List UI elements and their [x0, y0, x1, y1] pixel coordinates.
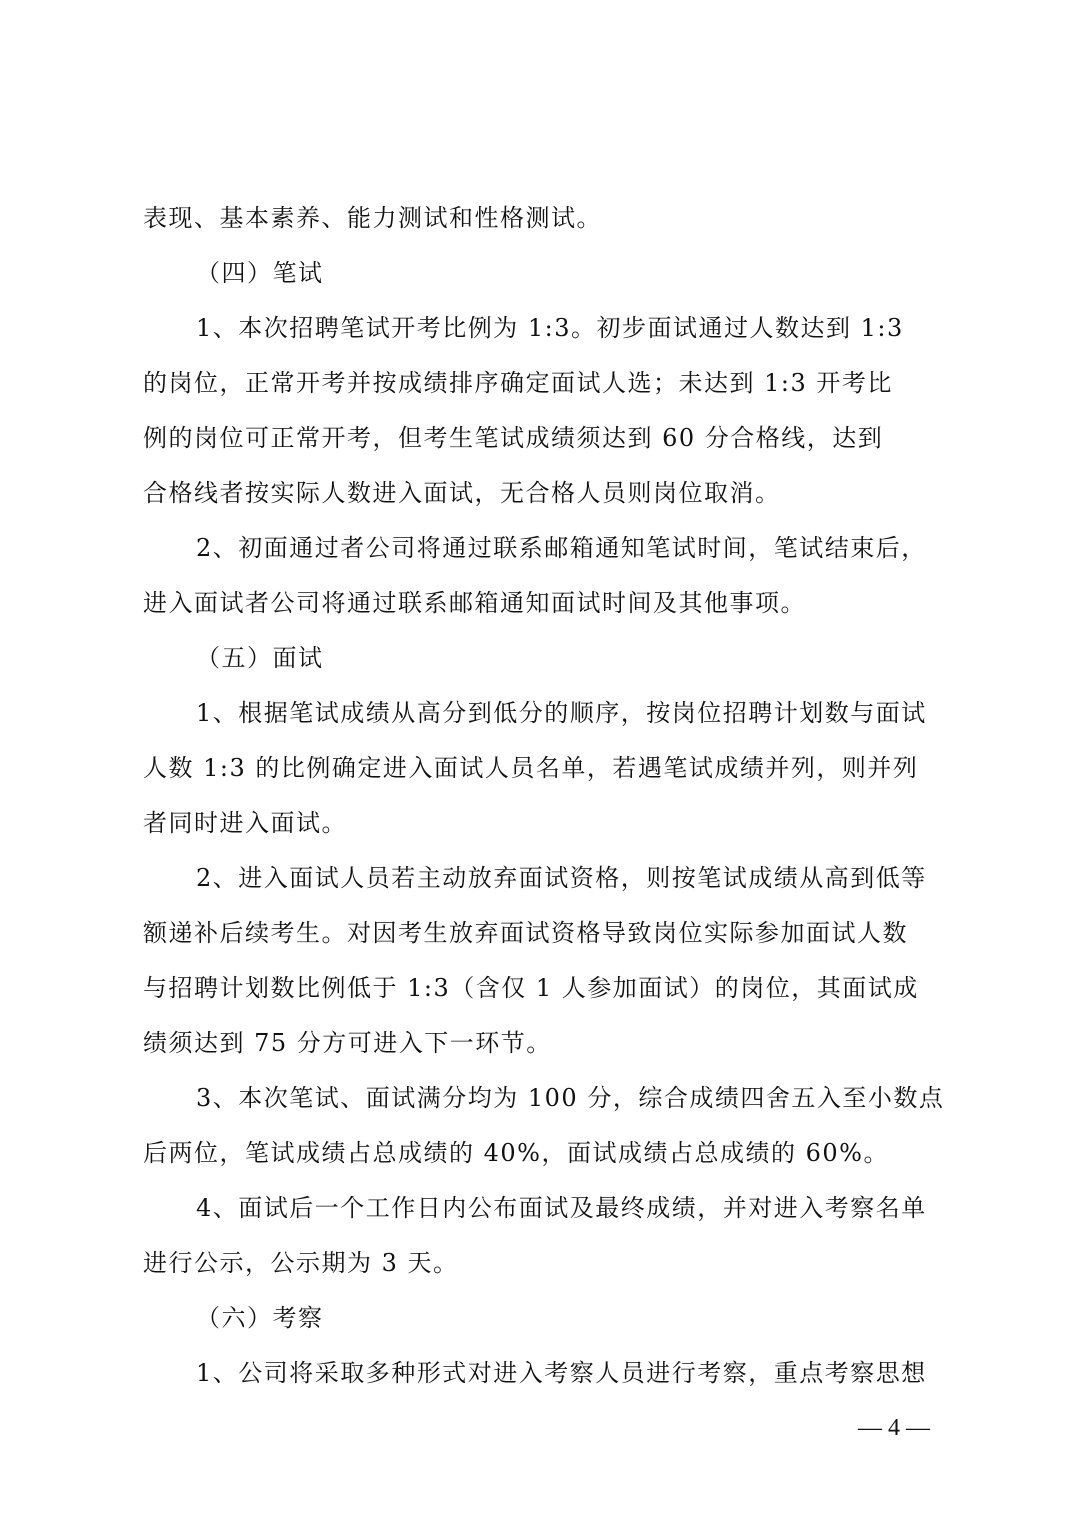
text-line: 3、本次笔试、面试满分均为 100 分，综合成绩四舍五入至小数点 — [196, 1083, 996, 1113]
text-line: 2、初面通过者公司将通过联系邮箱通知笔试时间，笔试结束后， — [196, 533, 996, 563]
text-line: 额递补后续考生。对因考生放弃面试资格导致岗位实际参加面试人数 — [143, 918, 943, 948]
text-line: 2、进入面试人员若主动放弃面试资格，则按笔试成绩从高到低等 — [196, 863, 996, 893]
text-line: 合格线者按实际人数进入面试，无合格人员则岗位取消。 — [143, 478, 943, 508]
text-line: 后两位，笔试成绩占总成绩的 40%，面试成绩占总成绩的 60%。 — [143, 1138, 943, 1168]
text-line: 与招聘计划数比例低于 1:3（含仅 1 人参加面试）的岗位，其面试成 — [143, 973, 943, 1003]
text-line: 1、公司将采取多种形式对进入考察人员进行考察，重点考察思想 — [196, 1358, 996, 1388]
text-line: 绩须达到 75 分方可进入下一环节。 — [143, 1028, 943, 1058]
text-line: 4、面试后一个工作日内公布面试及最终成绩，并对进入考察名单 — [196, 1193, 996, 1223]
section-heading-written-exam: （四）笔试 — [196, 258, 996, 288]
text-line: 者同时进入面试。 — [143, 808, 943, 838]
section-heading-inspection: （六）考察 — [196, 1303, 996, 1333]
text-line: 人数 1:3 的比例确定进入面试人员名单，若遇笔试成绩并列，则并列 — [143, 753, 943, 783]
page-number: — 4 — — [858, 1415, 930, 1442]
text-line: 进行公示，公示期为 3 天。 — [143, 1248, 943, 1278]
text-line: 表现、基本素养、能力测试和性格测试。 — [143, 203, 943, 233]
text-line: 例的岗位可正常开考，但考生笔试成绩须达到 60 分合格线，达到 — [143, 423, 943, 453]
text-line: 1、本次招聘笔试开考比例为 1:3。初步面试通过人数达到 1:3 — [196, 313, 996, 343]
text-line: 进入面试者公司将通过联系邮箱通知面试时间及其他事项。 — [143, 588, 943, 618]
text-line: 的岗位，正常开考并按成绩排序确定面试人选；未达到 1:3 开考比 — [143, 368, 943, 398]
section-heading-interview: （五）面试 — [196, 643, 996, 673]
document-page: 表现、基本素养、能力测试和性格测试。 （四）笔试 1、本次招聘笔试开考比例为 1… — [0, 0, 1074, 1520]
text-line: 1、根据笔试成绩从高分到低分的顺序，按岗位招聘计划数与面试 — [196, 698, 996, 728]
